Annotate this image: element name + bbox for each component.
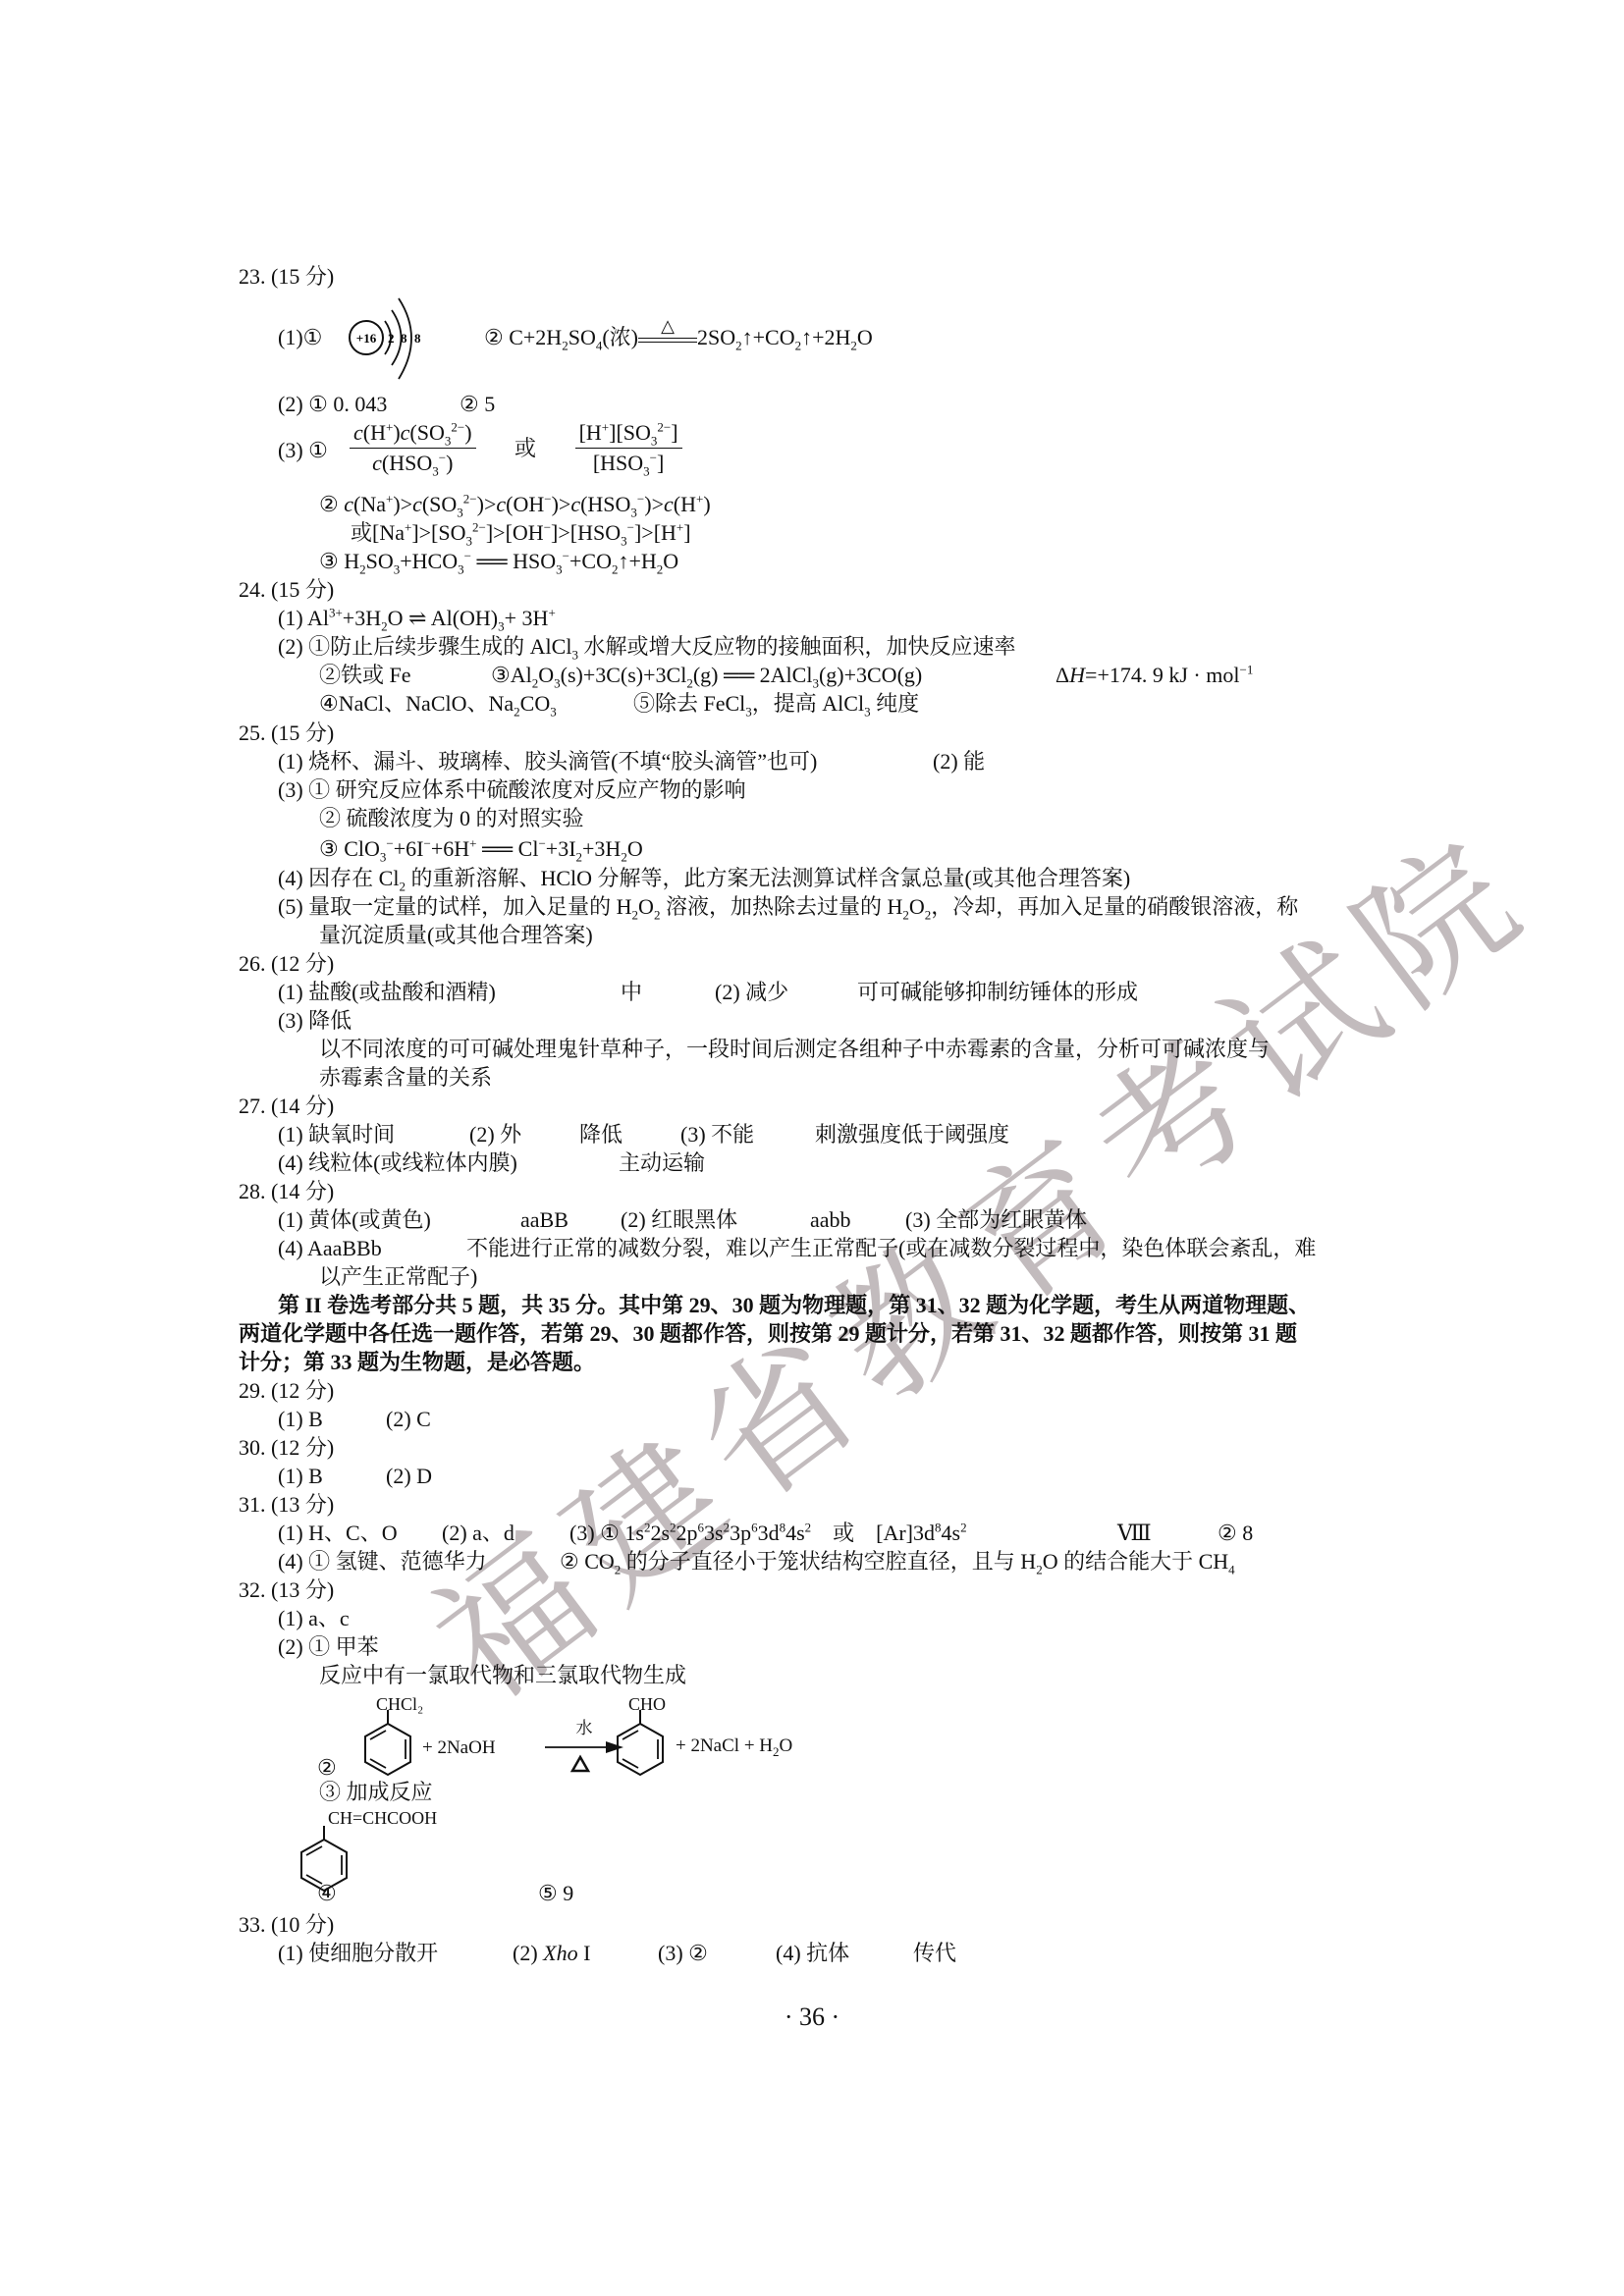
q31-p3-group: Ⅷ: [1117, 1520, 1152, 1547]
svg-text:2: 2: [388, 331, 395, 346]
q29-title: 29. (12 分): [239, 1377, 334, 1405]
q28-p2-b: aabb: [810, 1206, 851, 1234]
q28-p3: (3) 全部为红眼黄体: [905, 1206, 1087, 1234]
q30-p2: (2) D: [386, 1463, 432, 1490]
q26-p3-desc-b: 赤霉素含量的关系: [319, 1064, 492, 1092]
q28-p1-b: aaBB: [520, 1206, 568, 1234]
page-number: · 36 ·: [0, 2002, 1624, 2032]
q23-ka-expression: c(H+)c(SO32−)c(HSO3−) 或 [H+][SO32−][HSO3…: [344, 420, 688, 476]
q32-p2-1-reason: 反应中有一氯取代物和三氯取代物生成: [319, 1662, 686, 1689]
q31-p3-1: (3) ① 1s22s22p63s23p63d84s2或[Ar]3d84s2: [569, 1520, 967, 1547]
reagent: + 2NaOH: [422, 1735, 496, 1762]
q31-p4-2: ② CO2 的分子直径小于笼状结构空腔直径，且与 H2O 的结合能大于 CH4: [560, 1548, 1235, 1575]
q27-p4-b: 主动运输: [619, 1149, 705, 1177]
q26-p1-b: 中: [621, 979, 642, 1006]
q26-p3: (3) 降低: [278, 1007, 352, 1035]
q23-p3-label: (3) ①: [278, 437, 328, 464]
q32-p1: (1) a、c: [278, 1605, 350, 1632]
q31-p3-2: ② 8: [1218, 1520, 1253, 1547]
q26-p2-b: 可可碱能够抑制纺锤体的形成: [857, 979, 1138, 1006]
watermark: 福建省教育考试院: [384, 830, 1491, 1738]
q23-p3-2a: ② c(Na+)>c(SO32−)>c(OH−)>c(HSO3−)>c(H+): [319, 491, 711, 518]
q24-p2-4: ④NaCl、NaClO、Na2CO3: [319, 690, 557, 718]
q32-p2-2-label: ②: [317, 1754, 337, 1782]
q32-p2-5: ⑤ 9: [538, 1880, 573, 1907]
q31-p4-1: (4) ① 氢键、范德华力: [278, 1548, 487, 1575]
q26-p3-desc-a: 以不同浓度的可可碱处理鬼针草种子，一段时间后测定各组种子中赤霉素的含量，分析可可…: [319, 1036, 1270, 1063]
q24-p2-2: ②铁或 Fe: [319, 662, 411, 689]
q28-title: 28. (14 分): [239, 1178, 334, 1205]
reaction-condition-arrow: △: [638, 336, 697, 343]
section-note-line3: 计分；第 33 题为生物题，是必答题。: [239, 1349, 595, 1376]
svg-text:8: 8: [401, 331, 407, 346]
q25-p4: (4) 因存在 Cl2 的重新溶解、HClO 分解等，此方案无法测算试样含氯总量…: [278, 865, 1130, 892]
q28-p1-a: (1) 黄体(或黄色): [278, 1206, 431, 1234]
q32-p2-1: (2) ① 甲苯: [278, 1633, 379, 1661]
q27-p3-b: 刺激强度低于阈强度: [815, 1121, 1009, 1148]
q25-p1: (1) 烧杯、漏斗、玻璃棒、胶头滴管(不填“胶头滴管”也可): [278, 748, 817, 775]
q24-p2-5: ⑤除去 FeCl3，提高 AlCl3 纯度: [633, 690, 919, 718]
q25-p3-1: (3) ① 研究反应体系中硫酸浓度对反应产物的影响: [278, 776, 746, 804]
q27-p2-a: (2) 外: [469, 1121, 521, 1148]
nucleus-charge: +16: [356, 331, 377, 346]
q25-title: 25. (15 分): [239, 720, 334, 747]
section-note-line2: 两道化学题中各任选一题作答，若第 29、30 题都作答，则按第 29 题计分，若…: [239, 1320, 1297, 1348]
q32-p2-3: ③ 加成反应: [319, 1779, 433, 1806]
q33-p4-a: (4) 抗体: [776, 1940, 849, 1967]
q25-p3-2: ② 硫酸浓度为 0 的对照实验: [319, 805, 584, 832]
q30-p1: (1) B: [278, 1463, 323, 1490]
q23-p1-2-equation: ② C+2H2SO4(浓)△2SO2↑+CO2↑+2H2O: [484, 324, 873, 351]
q27-p3-a: (3) 不能: [680, 1121, 754, 1148]
q24-title: 24. (15 分): [239, 576, 334, 604]
q23-p1-label: (1)①: [278, 324, 322, 351]
q25-p5-a: (5) 量取一定量的试样，加入足量的 H2O2 溶液，加热除去过量的 H2O2，…: [278, 893, 1298, 921]
q33-p2: (2) Xho I: [513, 1940, 590, 1967]
q28-p4-c: 以产生正常配子): [319, 1263, 477, 1291]
q23-title: 23. (15 分): [239, 263, 334, 291]
q23-p2-2: ② 5: [460, 391, 495, 418]
benzene-ring-product: [601, 1710, 679, 1789]
q29-p2: (2) C: [386, 1406, 431, 1433]
q24-p2-1: (2) ①防止后续步骤生成的 AlCl3 水解或增大反应物的接触面积，加快反应速…: [278, 633, 1015, 661]
q25-p5-b: 量沉淀质量(或其他合理答案): [319, 922, 593, 949]
q23-p2-1: (2) ① 0. 043: [278, 391, 387, 418]
q33-p1: (1) 使细胞分散开: [278, 1940, 438, 1967]
q31-title: 31. (13 分): [239, 1491, 334, 1519]
reaction-products: + 2NaCl + H2O: [676, 1733, 792, 1760]
svg-text:8: 8: [414, 331, 421, 346]
q26-title: 26. (12 分): [239, 950, 334, 978]
q31-p2: (2) a、d: [442, 1520, 514, 1547]
q23-p3-2b: 或[Na+]>[SO32−]>[OH−]>[HSO3−]>[H+]: [351, 519, 691, 547]
q30-title: 30. (12 分): [239, 1434, 334, 1462]
q33-p4-b: 传代: [913, 1940, 956, 1967]
q28-p2-a: (2) 红眼黑体: [621, 1206, 737, 1234]
q33-p3: (3) ②: [658, 1940, 708, 1967]
benzene-ring-reactant: [349, 1710, 427, 1789]
q26-p2-a: (2) 减少: [715, 979, 788, 1006]
q25-p2: (2) 能: [933, 748, 985, 775]
q28-p4-b: 不能进行正常的减数分裂，难以产生正常配子(或在减数分裂过程中，染色体联会紊乱，难: [466, 1235, 1316, 1262]
q27-p2-b: 降低: [579, 1121, 623, 1148]
q24-p2-3-enthalpy: ΔH=+174. 9 kJ · mol−1: [1056, 662, 1253, 689]
q32-p2-4-label: ④: [317, 1880, 337, 1907]
answer-key-page: 福建省教育考试院 23. (15 分) (1)① +16 2 8 8 ② C+2…: [0, 0, 1624, 2296]
q26-p1-a: (1) 盐酸(或盐酸和酒精): [278, 979, 496, 1006]
q29-p1: (1) B: [278, 1406, 323, 1433]
q27-title: 27. (14 分): [239, 1093, 334, 1120]
q33-title: 33. (10 分): [239, 1911, 334, 1939]
q32-title: 32. (13 分): [239, 1576, 334, 1604]
q28-p4-a: (4) AaaBBb: [278, 1235, 382, 1262]
q25-p3-3: ③ ClO3−+6I−+6H+ ══ Cl−+3I2+3H2O: [319, 835, 643, 863]
q27-p4-a: (4) 线粒体(或线粒体内膜): [278, 1149, 517, 1177]
q31-p1: (1) H、C、O: [278, 1520, 398, 1547]
q27-p1: (1) 缺氧时间: [278, 1121, 395, 1148]
section-note-line1: 第 II 卷选考部分共 5 题，共 35 分。其中第 29、30 题为物理题，第…: [278, 1292, 1310, 1319]
q24-p1: (1) Al3++3H2O ⇌ Al(OH)3+ 3H+: [278, 605, 556, 632]
sulfur-ion-structure-diagram: +16 2 8 8: [346, 287, 454, 395]
q23-p3-3: ③ H2SO3+HCO3− ══ HSO3−+CO2↑+H2O: [319, 548, 678, 575]
q24-p2-3: ③Al2O3(s)+3C(s)+3Cl2(g) ══ 2AlCl3(g)+3CO…: [491, 662, 922, 689]
